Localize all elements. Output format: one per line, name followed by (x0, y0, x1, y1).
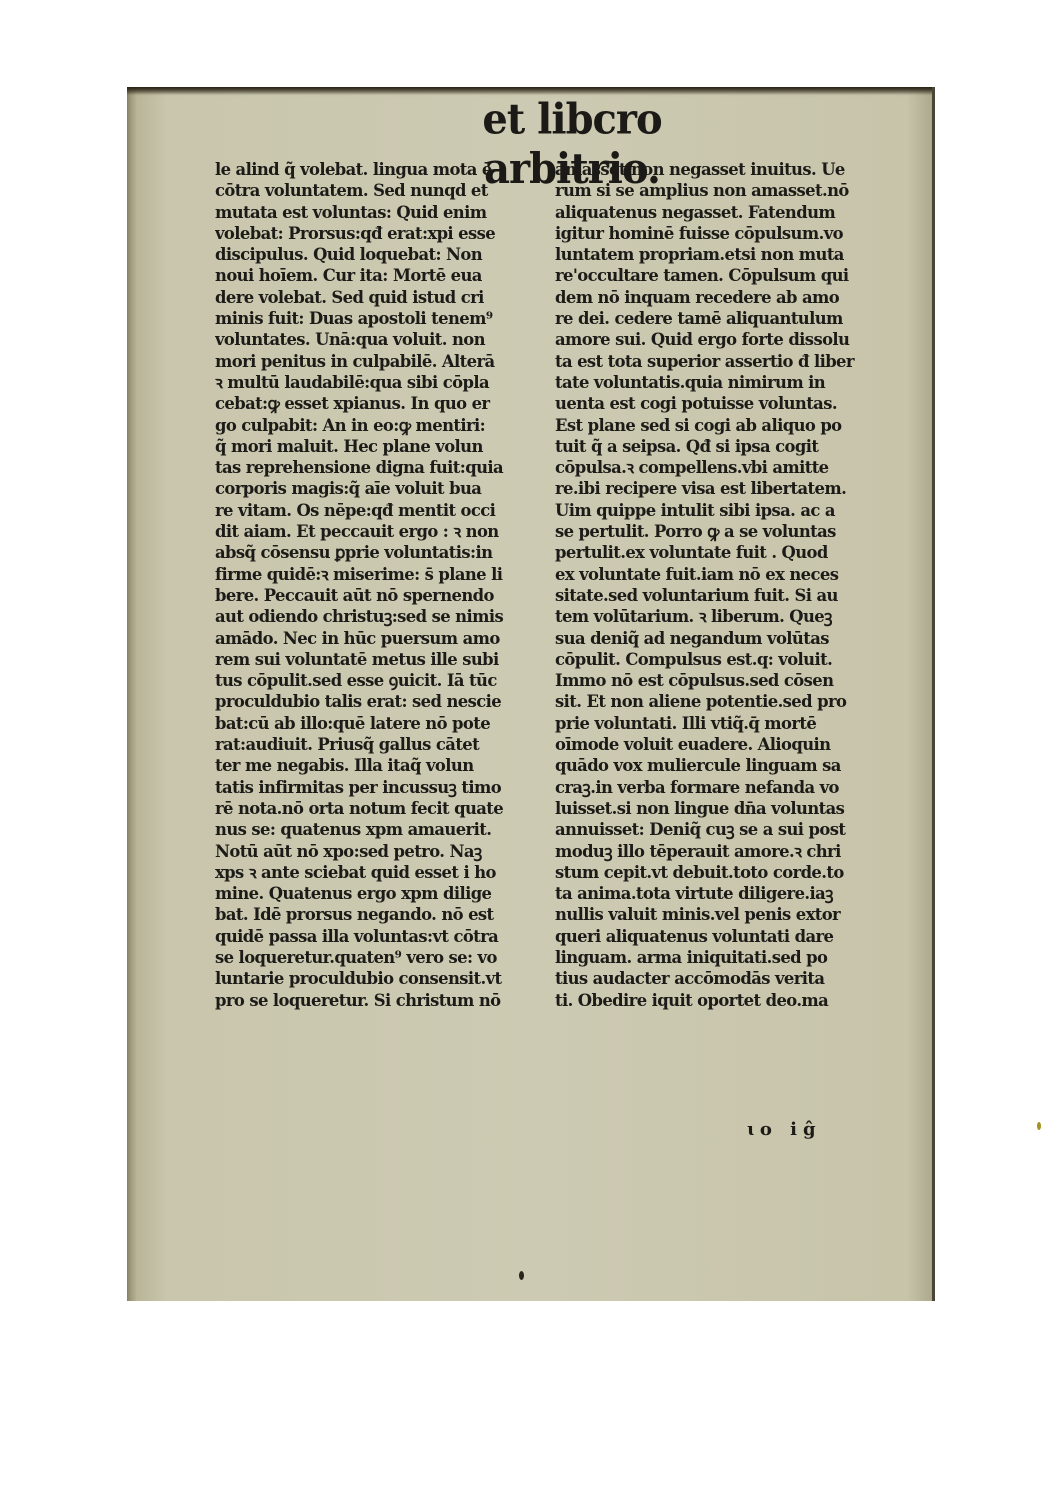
text-line: ta anima.tota virtute diligere.iaꝫ (555, 883, 883, 904)
text-line: re.ibi recipere visa est libertatem. (555, 478, 883, 499)
text-line: se loqueretur.quaten⁹ vero se: vo (215, 947, 543, 968)
text-line: tas reprehensione digna fuit:quia (215, 457, 543, 478)
text-line: tius audacter accōmodās verita (555, 968, 883, 989)
right-text-column: amasset.non negasset inuitus. Uerum si s… (555, 159, 883, 1011)
signature-mark: ɩo iĝ (747, 1119, 822, 1140)
text-line: amore sui. Quid ergo forte dissolu (555, 329, 883, 350)
text-line: queri aliquatenus voluntati dare (555, 926, 883, 947)
text-line: rum si se amplius non amasset.nō (555, 180, 883, 201)
text-line: igitur hominē fuisse cōpulsum.vo (555, 223, 883, 244)
text-line: tatis infirmitas per incussuꝫ timo (215, 777, 543, 798)
text-line: minis fuit: Duas apostoli tenem⁹ (215, 308, 543, 329)
text-line: cebat:ꝙ esset xpianus. In quo er (215, 393, 543, 414)
text-line: nus se: quatenus xpm amauerit. (215, 819, 543, 840)
text-line: tus cōpulit.sed esse ꝯuicit. Iā tūc (215, 670, 543, 691)
text-line: noui hoīem. Cur ita: Mortē eua (215, 265, 543, 286)
text-line: prie voluntati. Illi vtiq̃.q̄ mortē (555, 713, 883, 734)
text-line: uenta est cogi potuisse voluntas. (555, 393, 883, 414)
text-line: ter me negabis. Illa itaq̃ volun (215, 755, 543, 776)
text-line: rat:audiuit. Priusq̃ gallus cātet (215, 734, 543, 755)
text-line: mutata est voluntas: Quid enim (215, 202, 543, 223)
text-line: moduꝫ illo tēperauit amore.ꝛ chri (555, 841, 883, 862)
text-line: aliquatenus negasset. Fatendum (555, 202, 883, 223)
text-line: dem nō inquam recedere ab amo (555, 287, 883, 308)
text-line: luisset.si non lingue dn̄a voluntas (555, 798, 883, 819)
text-line: ꝛ multū laudabilē:qua sibi cōpla (215, 372, 543, 393)
text-line: le alind q̃ volebat. lingua mota ē (215, 159, 543, 180)
text-line: luntatem propriam.etsi non muta (555, 244, 883, 265)
left-text-column: le alind q̃ volebat. lingua mota ēcōtra … (215, 159, 543, 1011)
text-line: Uim quippe intulit sibi ipsa. ac a (555, 500, 883, 521)
text-line: sua deniq̃ ad negandum volūtas (555, 628, 883, 649)
text-line: pro se loqueretur. Si christum nō (215, 990, 543, 1011)
text-line: tate voluntatis.quia nimirum in (555, 372, 883, 393)
text-line: rē nota.nō orta notum fecit quate (215, 798, 543, 819)
text-line: sit. Et non aliene potentie.sed pro (555, 691, 883, 712)
text-line: re dei. cedere tamē aliquantulum (555, 308, 883, 329)
text-line: q̃ mori maluit. Hec plane volun (215, 436, 543, 457)
text-line: xps ꝛ ante sciebat quid esset i ho (215, 862, 543, 883)
text-line: cōpulit. Compulsus est.q: voluit. (555, 649, 883, 670)
text-line: go culpabit: An in eo:ꝙ mentiri: (215, 415, 543, 436)
text-line: oīmode voluit euadere. Alioquin (555, 734, 883, 755)
text-line: mori penitus in culpabilē. Alterā (215, 351, 543, 372)
text-line: voluntates. Unā:qua voluit. non (215, 329, 543, 350)
text-line: bere. Peccauit aūt nō spernendo (215, 585, 543, 606)
text-line: cōtra voluntatem. Sed nunqd et (215, 180, 543, 201)
text-line: stum cepit.vt debuit.toto corde.to (555, 862, 883, 883)
text-line: re'occultare tamen. Cōpulsum qui (555, 265, 883, 286)
text-line: tem volūtarium. ꝛ liberum. Queꝫ (555, 606, 883, 627)
text-line: ti. Obedire iquit oportet deo.ma (555, 990, 883, 1011)
text-line: amādo. Nec in hūc puersum amo (215, 628, 543, 649)
text-line: proculdubio talis erat: sed nescie (215, 691, 543, 712)
text-line: craꝫ.in verba formare nefanda vo (555, 777, 883, 798)
text-line: aut odiendo christuꝫ:sed se nimis (215, 606, 543, 627)
ink-dot (519, 1271, 524, 1280)
text-line: ta est tota superior assertio đ liber (555, 351, 883, 372)
text-line: bat. Idē prorsus negando. nō est (215, 904, 543, 925)
text-line: sitate.sed voluntarium fuit. Si au (555, 585, 883, 606)
text-line: luntarie proculdubio consensit.vt (215, 968, 543, 989)
text-line: Notū aūt nō xpo:sed petro. Naꝫ (215, 841, 543, 862)
text-line: bat:cū ab illo:quē latere nō pote (215, 713, 543, 734)
text-line: dere volebat. Sed quid istud cri (215, 287, 543, 308)
text-line: se pertulit. Porro ꝙ a se voluntas (555, 521, 883, 542)
text-line: corporis magis:q̃ aīe voluit bua (215, 478, 543, 499)
text-line: ex voluntate fuit.iam nō ex neces (555, 564, 883, 585)
text-line: discipulus. Quid loquebat: Non (215, 244, 543, 265)
text-line: nullis valuit minis.vel penis extor (555, 904, 883, 925)
page-stain (1037, 1122, 1041, 1130)
text-line: tuit q̃ a seipsa. Qđ si ipsa cogit (555, 436, 883, 457)
text-line: firme quidē:ꝛ miserime: s̄ plane li (215, 564, 543, 585)
text-line: quādo vox muliercule linguam sa (555, 755, 883, 776)
text-line: dit aiam. Et peccauit ergo : ꝛ non (215, 521, 543, 542)
text-line: absq̃ cōsensu ꝑprie voluntatis:in (215, 542, 543, 563)
text-line: Immo nō est cōpulsus.sed cōsen (555, 670, 883, 691)
text-line: linguam. arma iniquitati.sed po (555, 947, 883, 968)
text-line: Est plane sed si cogi ab aliquo po (555, 415, 883, 436)
text-line: rem sui voluntatē metus ille subi (215, 649, 543, 670)
text-line: quidē passa illa voluntas:vt cōtra (215, 926, 543, 947)
text-line: re vitam. Os nēpe:qđ mentit occi (215, 500, 543, 521)
text-line: pertulit.ex voluntate fuit . Quod (555, 542, 883, 563)
text-line: cōpulsa.ꝛ compellens.vbi amitte (555, 457, 883, 478)
text-line: annuisset: Deniq̃ cuꝫ se a sui post (555, 819, 883, 840)
text-line: volebat: Prorsus:qđ erat:xpi esse (215, 223, 543, 244)
text-line: mine. Quatenus ergo xpm dilige (215, 883, 543, 904)
text-line: amasset.non negasset inuitus. Ue (555, 159, 883, 180)
book-page: et libcro arbitrio. le alind q̃ volebat.… (127, 87, 935, 1301)
